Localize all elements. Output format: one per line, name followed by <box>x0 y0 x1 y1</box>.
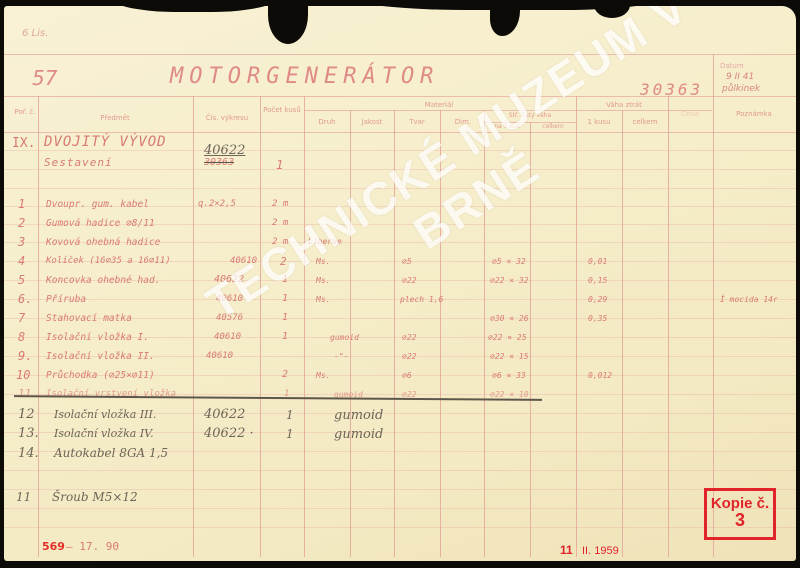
row-kind: Ms. <box>316 371 330 380</box>
row-note: Ǐ mocida 14r <box>720 295 778 304</box>
row-drawing: q.2×2,5 <box>198 199 236 209</box>
row-name: Koncovka ohebné had. <box>46 275 160 286</box>
row-pos: 14. <box>18 446 39 461</box>
row-weight: 0,15 <box>588 276 607 285</box>
rule <box>713 54 714 557</box>
rule <box>4 527 796 528</box>
row-name: Isolační vložka II. <box>46 351 155 362</box>
header-kind: Druh <box>304 118 350 126</box>
sheet-note: 6 Lis. <box>22 28 48 39</box>
row-raw: ⌀22 × 15 <box>490 352 529 361</box>
row-raw: ⌀5 × 32 <box>492 257 526 266</box>
row-pos: 11 <box>16 490 31 504</box>
header-qty: Počet kusů <box>262 106 302 114</box>
row-weight: 0,01 <box>588 257 607 266</box>
row-pos: 11 <box>18 387 31 400</box>
row-name: DVOJITÝ VÝVOD <box>44 134 167 150</box>
row-raw: ⌀30 × 26 <box>490 314 529 323</box>
row-shape: plech 1,6 <box>400 295 443 304</box>
row-name: Dvoupr. gum. kabel <box>46 199 149 210</box>
header-note: Poznámka <box>714 110 794 118</box>
punch-hole-2 <box>490 6 520 36</box>
row-name: Stahovací matka <box>46 313 132 324</box>
stamp-number: 3 <box>707 512 773 528</box>
row-qty: 1 <box>286 408 294 422</box>
row-subtitle: Sestavení <box>44 156 113 169</box>
row-name: Gumová hadice ⌀8/11 <box>46 218 155 229</box>
row-name: Šroub M5×12 <box>52 490 138 504</box>
row-pos: 5 <box>18 273 25 287</box>
row-weight: 0,012 <box>588 371 612 380</box>
header-name: Předmět <box>40 114 190 122</box>
rule <box>4 470 796 471</box>
row-name: Isolační vložka III. <box>54 408 156 421</box>
punch-hole-1 <box>268 6 308 44</box>
row-name: Kovová ohebná hadice <box>46 237 160 248</box>
row-kind: gumoid <box>334 427 383 442</box>
rule <box>668 96 669 557</box>
row-qty: 2 m <box>272 199 288 209</box>
row-name: Kolíček (16⌀35 a 16⌀11) <box>46 256 171 266</box>
top-tear <box>104 6 284 12</box>
row-pos: 1 <box>18 197 25 211</box>
rule <box>4 508 796 509</box>
row-qty: 2 <box>282 369 288 380</box>
header-shape: Tvar <box>394 118 440 126</box>
rule <box>4 132 796 133</box>
rule <box>38 96 39 557</box>
row-name: Průchodka (⌀25×⌀11) <box>46 370 155 381</box>
row-drawing: 40622 · <box>204 426 254 441</box>
row-pos: 6. <box>18 292 32 306</box>
row-pos: 9. <box>18 349 32 363</box>
row-drawing-struck: 30363 <box>204 157 234 168</box>
row-name: Autokabel 8GA 1,5 <box>54 446 168 460</box>
parts-list-card: 6 Lis. 57 MOTORGENERÁTOR 30363 Datum 9 I… <box>4 6 796 561</box>
row-qty: 1 <box>286 427 294 441</box>
row-name: Isolační vložka I. <box>46 332 149 343</box>
row-pos: 7 <box>18 311 25 325</box>
red-note-number: 569 <box>42 540 65 553</box>
red-note: – 17. 90 <box>66 540 119 553</box>
group-number: 57 <box>32 66 57 90</box>
row-pos: IX. <box>12 136 35 151</box>
row-name: Isolační vložka IV. <box>54 427 154 440</box>
rule <box>4 150 796 151</box>
row-pos: 2 <box>18 216 25 230</box>
row-shape: ⌀6 <box>402 371 412 380</box>
row-drawing: 40622 <box>204 143 245 158</box>
row-weight: 0,29 <box>588 295 607 304</box>
header-drawing: Čís. výkresu <box>194 114 260 122</box>
row-kind: -"- <box>334 352 348 361</box>
row-raw: ⌀6 × 33 <box>492 371 526 380</box>
row-raw: ⌀22 × 25 <box>488 333 527 342</box>
row-pos: 13. <box>18 426 39 441</box>
signature: půlkinek <box>722 84 760 94</box>
row-kind: gumoid <box>334 408 383 423</box>
row-pos: 4 <box>18 254 25 268</box>
row-name: Příruba <box>46 294 86 305</box>
row-raw: ⌀22 × 32 <box>490 276 529 285</box>
date-value: 9 II 41 <box>726 72 754 82</box>
row-weight: 0,35 <box>588 314 607 323</box>
row-pos: 10 <box>16 368 30 382</box>
row-shape: ⌀22 <box>402 352 416 361</box>
row-kind: gumoid <box>330 333 359 342</box>
header-pos: Poř. č. <box>12 108 38 116</box>
row-qty: 1 <box>276 158 283 172</box>
copy-stamp: Kopie č. 3 <box>704 488 776 540</box>
row-pos: 3 <box>18 235 25 249</box>
header-quality: Jakost <box>350 118 394 126</box>
header-price: Cena <box>668 110 712 118</box>
row-pos: 12 <box>18 407 35 422</box>
row-shape: ⌀22 <box>402 333 416 342</box>
document-title: MOTORGENERÁTOR <box>170 64 439 89</box>
row-pos: 8 <box>18 330 25 344</box>
row-drawing: 40622 <box>204 407 245 422</box>
date-stamp: II. 1959 <box>582 545 619 557</box>
date-stamp-day: 11 <box>560 543 573 557</box>
